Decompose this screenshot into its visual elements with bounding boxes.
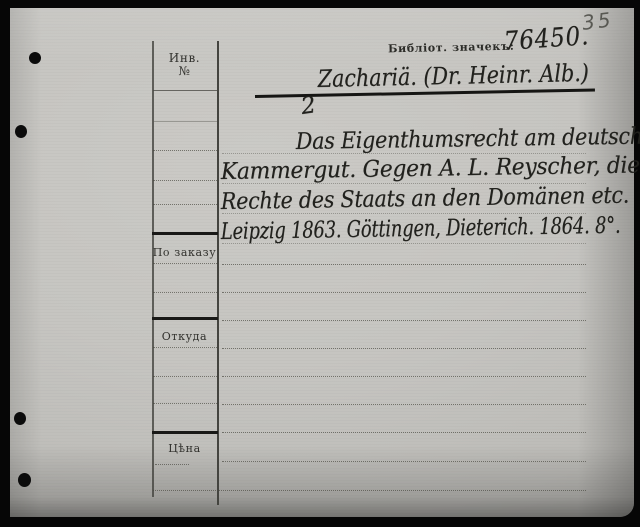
section-divider	[152, 232, 218, 235]
field-label-inventory: Инв. №	[152, 52, 217, 78]
column-rule	[153, 403, 217, 404]
section-divider	[152, 317, 218, 320]
section-divider	[152, 431, 218, 434]
writing-line	[222, 461, 586, 462]
punch-hole	[15, 125, 27, 138]
column-rule	[153, 376, 217, 377]
punch-hole	[18, 473, 31, 487]
column-rule	[153, 263, 217, 264]
column-rule	[155, 464, 189, 465]
column-rule	[153, 90, 217, 91]
column-rule	[153, 204, 217, 205]
column-rule	[153, 121, 217, 122]
writing-line	[222, 404, 586, 405]
column-rule	[153, 180, 217, 181]
library-mark-label: Библіот. значекъ:	[388, 40, 515, 56]
library-mark-number-handwritten: 76450.	[503, 21, 590, 57]
column-rule	[153, 292, 217, 293]
entry-line: Das Eigenthumsrecht am deutschen	[296, 123, 640, 155]
column-border-right	[217, 41, 219, 505]
column-border-left	[152, 41, 154, 497]
field-label-inventory-line2: №	[152, 65, 217, 78]
writing-line	[222, 320, 586, 321]
writing-line	[222, 432, 586, 433]
field-label-origin: Откуда	[152, 330, 217, 343]
author-flourish-stroke: 2	[299, 92, 317, 120]
writing-line	[222, 376, 586, 377]
punch-hole	[14, 412, 26, 425]
column-rule	[153, 150, 217, 151]
field-label-order: По заказу	[152, 246, 217, 259]
punch-hole	[29, 52, 41, 64]
field-label-price: Цѣна	[152, 442, 217, 455]
writing-line	[153, 490, 586, 491]
writing-line	[222, 348, 586, 349]
column-rule	[153, 347, 217, 348]
writing-line	[222, 292, 586, 293]
writing-line	[222, 264, 586, 265]
scanned-catalog-card-photo: 35 Инв. № По заказу Откуда Цѣна Библіот.…	[0, 0, 640, 527]
